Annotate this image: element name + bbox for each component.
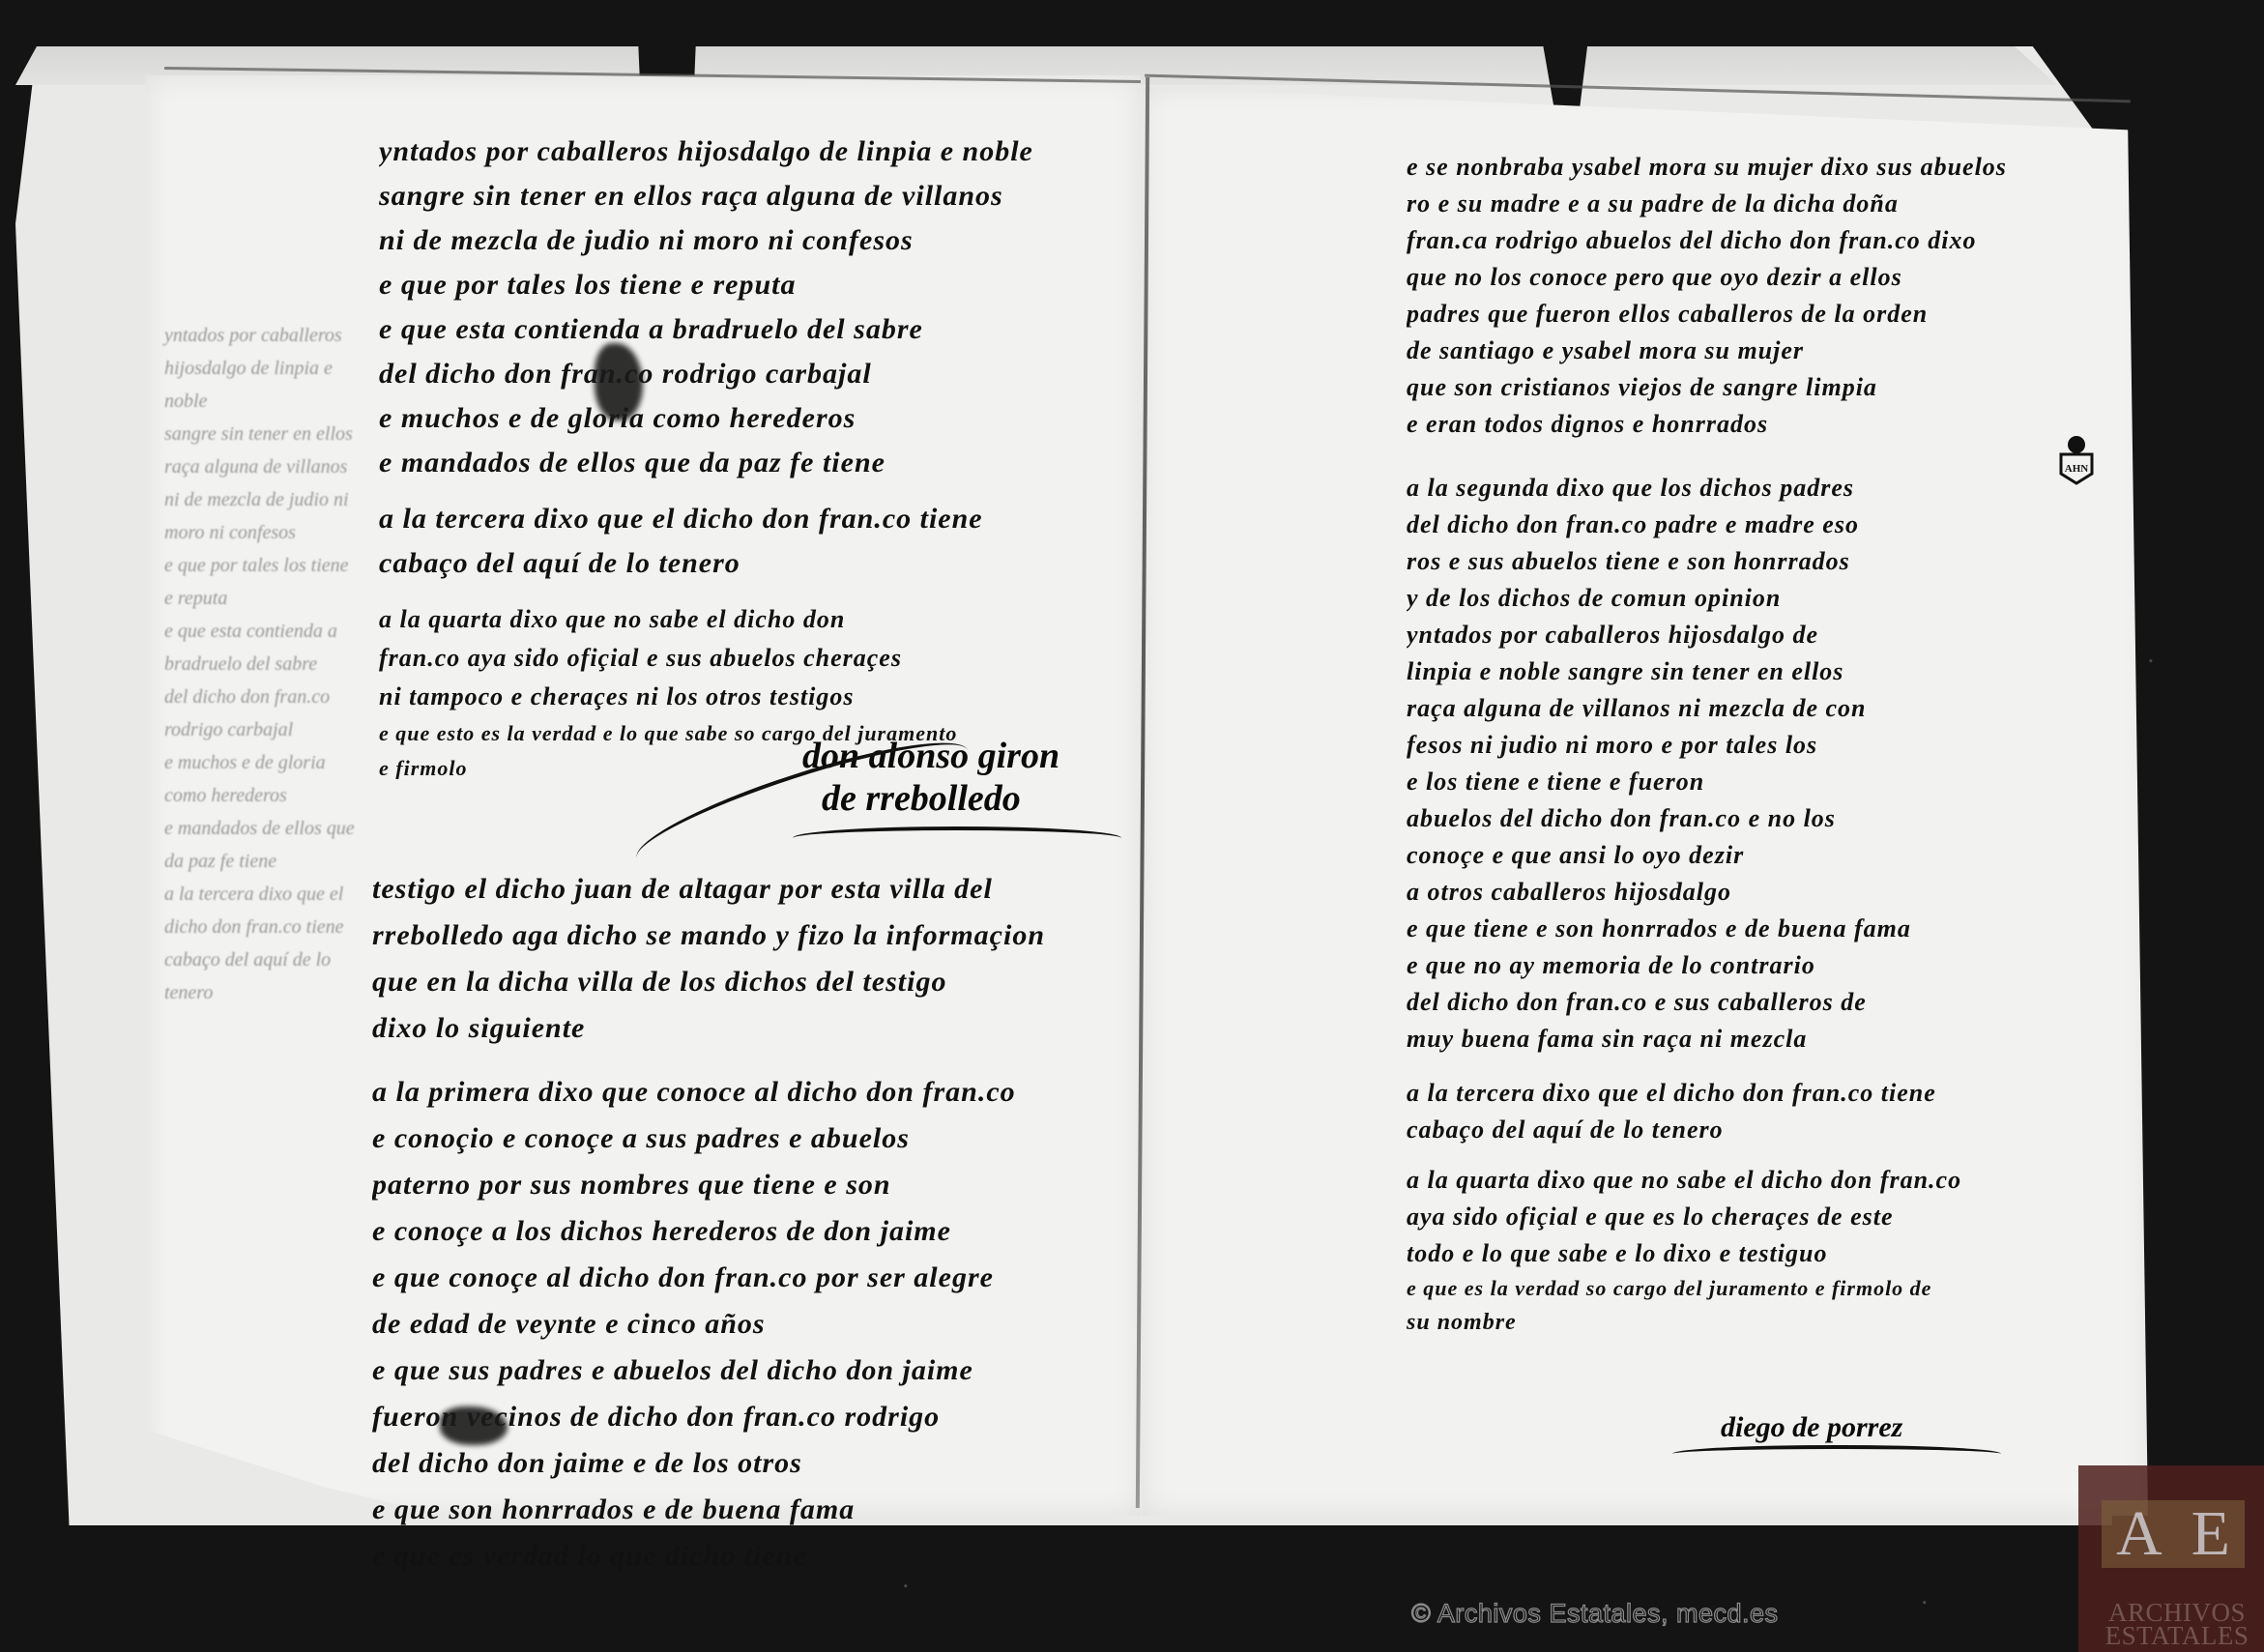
manuscript-line: muy buena fama sin raça ni mezcla [1407, 1027, 2103, 1052]
manuscript-line: yntados por caballeros hijosdalgo de [1407, 623, 2103, 648]
manuscript-line: e que no ay memoria de lo contrario [1407, 953, 2103, 978]
manuscript-line: e mandados de ellos que da paz fe tiene [379, 449, 1133, 478]
manuscript-line: y de los dichos de comun opinion [1407, 586, 2103, 611]
ae-monogram: A E [2102, 1500, 2245, 1568]
manuscript-line: del dicho don fran.co rodrigo carbajal [379, 360, 1133, 389]
manuscript-line: todo e lo que sabe e lo dixo e testiguo [1407, 1241, 2103, 1266]
manuscript-line: padres que fueron ellos caballeros de la… [1407, 302, 2103, 327]
manuscript-line: ni de mezcla de judio ni moro ni confeso… [379, 226, 1133, 255]
manuscript-line: del dicho don fran.co padre e madre eso [1407, 512, 2103, 537]
manuscript-line: e eran todos dignos e honrrados [1407, 412, 2103, 437]
manuscript-line: e que es verdad lo que dicho tiene [372, 1542, 1126, 1571]
manuscript-line: e los tiene e tiene e fueron [1407, 769, 2103, 795]
manuscript-line: fran.co aya sido ofiçial e sus abuelos c… [379, 646, 1133, 671]
manuscript-line: del dicho don fran.co e sus caballeros d… [1407, 990, 2103, 1015]
bleed-through-text: yntados por caballeros hijosdalgo de lin… [164, 319, 358, 1009]
manuscript-line: e se nonbraba ysabel mora su mujer dixo … [1407, 155, 2103, 180]
copyright-watermark: © Archivos Estatales, mecd.es [1411, 1599, 1779, 1629]
manuscript-line: raça alguna de villanos ni mezcla de con [1407, 696, 2103, 721]
manuscript-line: e que sus padres e abuelos del dicho don… [372, 1356, 1126, 1385]
archivos-estatales-logo: A E ARCHIVOS ESTATALES [2078, 1465, 2264, 1652]
manuscript-line: a la primera dixo que conoce al dicho do… [372, 1078, 1126, 1107]
left-page-text-block-2: testigo el dicho juan de altagar por est… [372, 875, 1126, 1571]
manuscript-line: cabaço del aquí de lo tenero [1407, 1117, 2103, 1143]
manuscript-line: ni tampoco e cheraçes ni los otros testi… [379, 684, 1133, 710]
svg-text:AHN: AHN [2065, 463, 2089, 475]
archive-seal-icon: AHN [2057, 433, 2096, 485]
manuscript-line: a la quarta dixo que no sabe el dicho do… [379, 607, 1133, 632]
manuscript-line: fran.ca rodrigo abuelos del dicho don fr… [1407, 228, 2103, 253]
manuscript-line: e que esta contienda a bradruelo del sab… [379, 315, 1133, 344]
manuscript-line: linpia e noble sangre sin tener en ellos [1407, 659, 2103, 684]
manuscript-line: e que son honrrados e de buena fama [372, 1495, 1126, 1524]
manuscript-line: de santiago e ysabel mora su mujer [1407, 338, 2103, 363]
manuscript-line: a la segunda dixo que los dichos padres [1407, 476, 2103, 501]
manuscript-line: e que por tales los tiene e reputa [379, 271, 1133, 300]
manuscript-line: testigo el dicho juan de altagar por est… [372, 875, 1126, 904]
manuscript-line: e conoçe a los dichos herederos de don j… [372, 1217, 1126, 1246]
left-page-text-block-1: yntados por caballeros hijosdalgo de lin… [379, 137, 1133, 779]
manuscript-line: e que conoçe al dicho don fran.co por se… [372, 1263, 1126, 1292]
manuscript-line: cabaço del aquí de lo tenero [379, 549, 1133, 578]
manuscript-line: conoçe e que ansi lo oyo dezir [1407, 843, 2103, 868]
manuscript-line: ro e su madre e a su padre de la dicha d… [1407, 191, 2103, 217]
logo-text: ARCHIVOS ESTATALES [2100, 1601, 2254, 1647]
manuscript-line: fesos ni judio ni moro e por tales los [1407, 733, 2103, 758]
manuscript-line: a la tercera dixo que el dicho don fran.… [379, 505, 1133, 534]
right-page-text-block: e se nonbraba ysabel mora su mujer dixo … [1407, 155, 2103, 1334]
manuscript-line: su nombre [1407, 1311, 2103, 1334]
manuscript-line: del dicho don jaime e de los otros [372, 1449, 1126, 1478]
manuscript-line: e que tiene e son honrrados e de buena f… [1407, 916, 2103, 942]
manuscript-line: a otros caballeros hijosdalgo [1407, 880, 2103, 905]
manuscript-line: yntados por caballeros hijosdalgo de lin… [379, 137, 1133, 166]
manuscript-line: ros e sus abuelos tiene e son honrrados [1407, 549, 2103, 574]
manuscript-line: rrebolledo aga dicho se mando y fizo la … [372, 921, 1126, 950]
manuscript-line: a la tercera dixo que el dicho don fran.… [1407, 1081, 2103, 1106]
manuscript-line: a la quarta dixo que no sabe el dicho do… [1407, 1168, 2103, 1193]
manuscript-line: e conoçio e conoçe a sus padres e abuelo… [372, 1124, 1126, 1153]
manuscript-line: dixo lo siguiente [372, 1014, 1126, 1043]
manuscript-line: abuelos del dicho don fran.co e no los [1407, 806, 2103, 831]
manuscript-line: paterno por sus nombres que tiene e son [372, 1171, 1126, 1200]
manuscript-line: aya sido ofiçial e que es lo cheraçes de… [1407, 1204, 2103, 1230]
manuscript-line: que en la dicha villa de los dichos del … [372, 968, 1126, 997]
manuscript-line: e que es la verdad so cargo del jurament… [1407, 1278, 2103, 1299]
manuscript-line: e muchos e de gloria como herederos [379, 404, 1133, 433]
signature-underline [1672, 1445, 2001, 1463]
manuscript-line: que son cristianos viejos de sangre limp… [1407, 375, 2103, 400]
manuscript-line: sangre sin tener en ellos raça alguna de… [379, 182, 1133, 211]
ink-blot [440, 1406, 508, 1445]
manuscript-line: de edad de veynte e cinco años [372, 1310, 1126, 1339]
signature-diego-de-porrez: diego de porrez [1721, 1411, 1902, 1444]
manuscript-line: que no los conoce pero que oyo dezir a e… [1407, 265, 2103, 290]
signature-underline [793, 826, 1121, 850]
